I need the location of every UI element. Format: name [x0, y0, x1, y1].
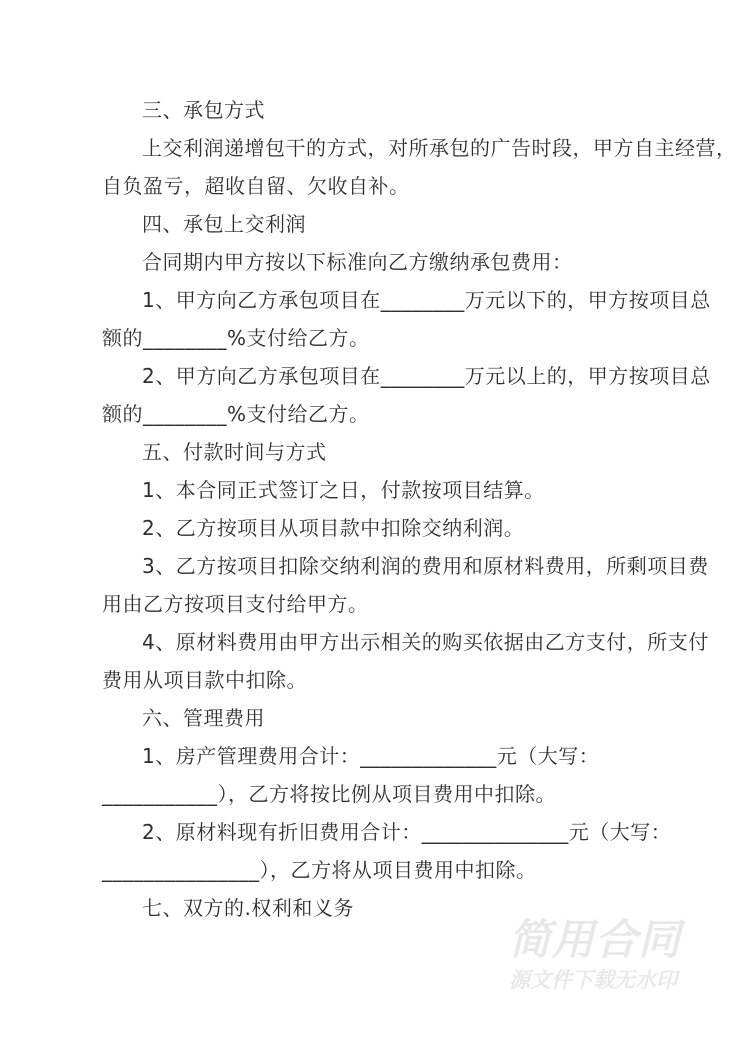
document-line: 2、乙方按项目从项目款中扣除交纳利润。 [102, 509, 636, 547]
document-line: 额的________%支付给乙方。 [102, 319, 636, 357]
document-line: 四、承包上交利润 [102, 205, 636, 243]
watermark: 简用合同 源文件下载无水印 [509, 916, 699, 993]
document-line: 六、管理费用 [102, 699, 636, 737]
document-line: 三、承包方式 [102, 91, 636, 129]
document-line: 五、付款时间与方式 [102, 433, 636, 471]
document-line: 2、甲方向乙方承包项目在________万元以上的，甲方按项目总 [102, 357, 636, 395]
document-line: _______________），乙方将从项目费用中扣除。 [102, 851, 636, 889]
document-line: 4、原材料费用由甲方出示相关的购买依据由乙方支付，所支付 [102, 623, 636, 661]
watermark-brand-text: 简用合同 [509, 916, 699, 964]
document-line: 上交利润递增包干的方式，对所承包的广告时段，甲方自主经营， [102, 129, 636, 167]
document-line: 合同期内甲方按以下标准向乙方缴纳承包费用： [102, 243, 636, 281]
document-line: 3、乙方按项目扣除交纳利润的费用和原材料费用，所剩项目费 [102, 547, 636, 585]
document-line: 1、本合同正式签订之日，付款按项目结算。 [102, 471, 636, 509]
document-line: 额的________%支付给乙方。 [102, 395, 636, 433]
document-line: 1、甲方向乙方承包项目在________万元以下的，甲方按项目总 [102, 281, 636, 319]
document-line: 用由乙方按项目支付给甲方。 [102, 585, 636, 623]
document-line: ___________），乙方将按比例从项目费用中扣除。 [102, 775, 636, 813]
document-line: 1、房产管理费用合计：_____________元（大写： [102, 737, 636, 775]
watermark-tagline-text: 源文件下载无水印 [509, 967, 699, 993]
contract-document-page: 三、承包方式上交利润递增包干的方式，对所承包的广告时段，甲方自主经营，自负盈亏，… [0, 0, 742, 1049]
document-line: 2、原材料现有折旧费用合计：______________元（大写： [102, 813, 636, 851]
document-line: 自负盈亏，超收自留、欠收自补。 [102, 167, 636, 205]
document-line: 费用从项目款中扣除。 [102, 661, 636, 699]
contract-body: 三、承包方式上交利润递增包干的方式，对所承包的广告时段，甲方自主经营，自负盈亏，… [102, 91, 636, 927]
